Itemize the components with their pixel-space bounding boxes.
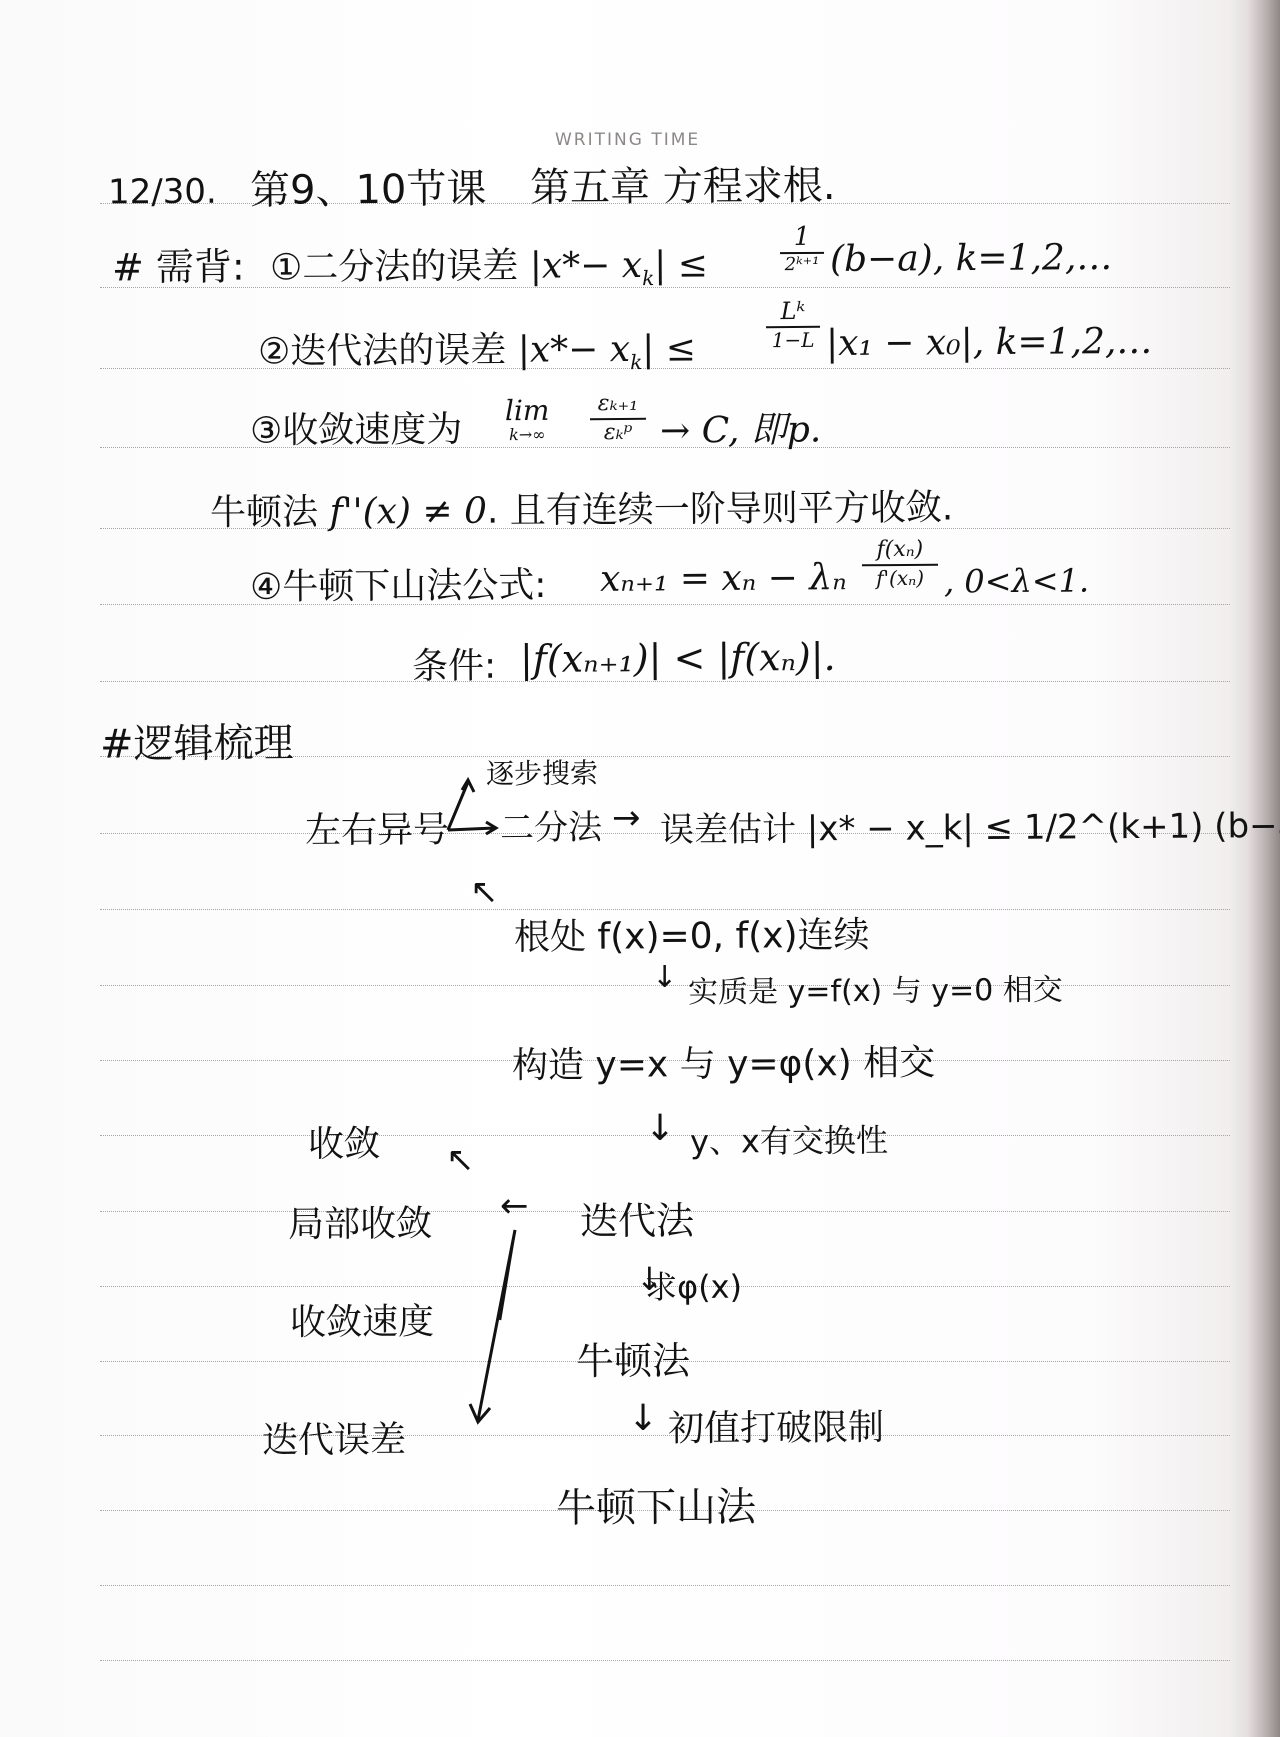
condition-label: 条件:	[412, 638, 496, 690]
fraction: 1 2ᵏ⁺¹	[780, 222, 824, 276]
lesson-label: 第9、10节课	[250, 157, 487, 216]
memorize-item-3-tail: → C, 即p.	[660, 401, 822, 453]
memorize-item-2: ②迭代法的误差 |x*− xk| ≤	[258, 320, 696, 376]
newton-note: 牛顿法 f''(x) ≠ 0. 且有连续一阶导则平方收敛.	[210, 479, 954, 535]
node-bisection: 二分法	[500, 800, 602, 850]
node-convergence: 收敛	[308, 1116, 380, 1168]
arrow-down-icon: ↓	[652, 960, 677, 995]
arrow-left-icon: ←	[500, 1186, 529, 1226]
fraction: εₖ₊₁ εₖᵖ	[590, 390, 646, 446]
node-root-condition: 根处 f(x)=0, f(x)连续	[514, 907, 870, 960]
notebook-page: WRITING TIME 12/30. 第9、10节课 第五章 方程求根. # …	[0, 0, 1280, 1737]
node-break-limit: 初值打破限制	[668, 1399, 884, 1452]
node-sign-change: 左右异号	[305, 801, 449, 853]
memorize-heading: # 需背:	[112, 236, 245, 292]
fraction: f(xₙ) f'(xₙ)	[862, 536, 938, 591]
arrow-up-left-icon: ↖	[446, 1140, 475, 1180]
node-error-estimate: 误差估计 |x* − x_k| ≤ 1/2^(k+1) (b−a).	[660, 798, 1280, 852]
notebook-brand: WRITING TIME	[555, 130, 700, 150]
node-iteration: 迭代法	[580, 1190, 694, 1246]
logic-heading: #逻辑梳理	[100, 711, 294, 769]
node-newton-descent: 牛顿下山法	[556, 1475, 756, 1533]
node-swap: y、x有交换性	[690, 1115, 888, 1162]
ruled-line	[100, 1585, 1230, 1586]
fraction: Lᵏ 1−L	[766, 296, 820, 352]
limit: lim k→∞	[505, 396, 550, 444]
ruled-line	[100, 681, 1230, 682]
arrow-up-left-icon: ↖	[470, 872, 499, 912]
node-iteration-error: 迭代误差	[262, 1411, 406, 1463]
node-local-convergence: 局部收敛	[288, 1195, 432, 1247]
arrow-down-icon: ↓	[645, 1108, 675, 1149]
chapter-title: 第五章 方程求根.	[530, 154, 836, 213]
arrow-right-icon: →	[612, 798, 641, 838]
arrow-down-icon: ↓	[628, 1398, 658, 1439]
notebook-spine	[1246, 0, 1280, 1737]
memorize-item-3: ③收敛速度为	[250, 401, 463, 453]
node-essence: 实质是 y=f(x) 与 y=0 相交	[688, 965, 1063, 1012]
ruled-line	[100, 1660, 1230, 1661]
memorize-item-4: ④牛顿下山法公式:	[250, 557, 547, 610]
date: 12/30.	[108, 172, 217, 213]
lambda-range: , 0<λ<1.	[944, 561, 1089, 600]
node-construct: 构造 y=x 与 y=φ(x) 相交	[512, 1035, 936, 1089]
node-newton: 牛顿法	[576, 1330, 690, 1386]
node-phi: 求φ(x)	[645, 1262, 742, 1309]
memorize-item-2-tail: |x₁ − x₀|, k=1,2,…	[826, 321, 1153, 364]
node-convergence-speed: 收敛速度	[290, 1293, 434, 1345]
newton-descent-formula: xₙ₊₁ = xₙ − λₙ	[600, 557, 847, 600]
memorize-item-1-tail: (b−a), k=1,2,…	[830, 237, 1113, 280]
condition-formula: |f(xₙ₊₁)| < |f(xₙ)|.	[520, 635, 836, 681]
node-stepwise-search: 逐步搜索	[486, 752, 598, 793]
memorize-item-1: ①二分法的误差 |x*− xk| ≤	[270, 236, 708, 292]
